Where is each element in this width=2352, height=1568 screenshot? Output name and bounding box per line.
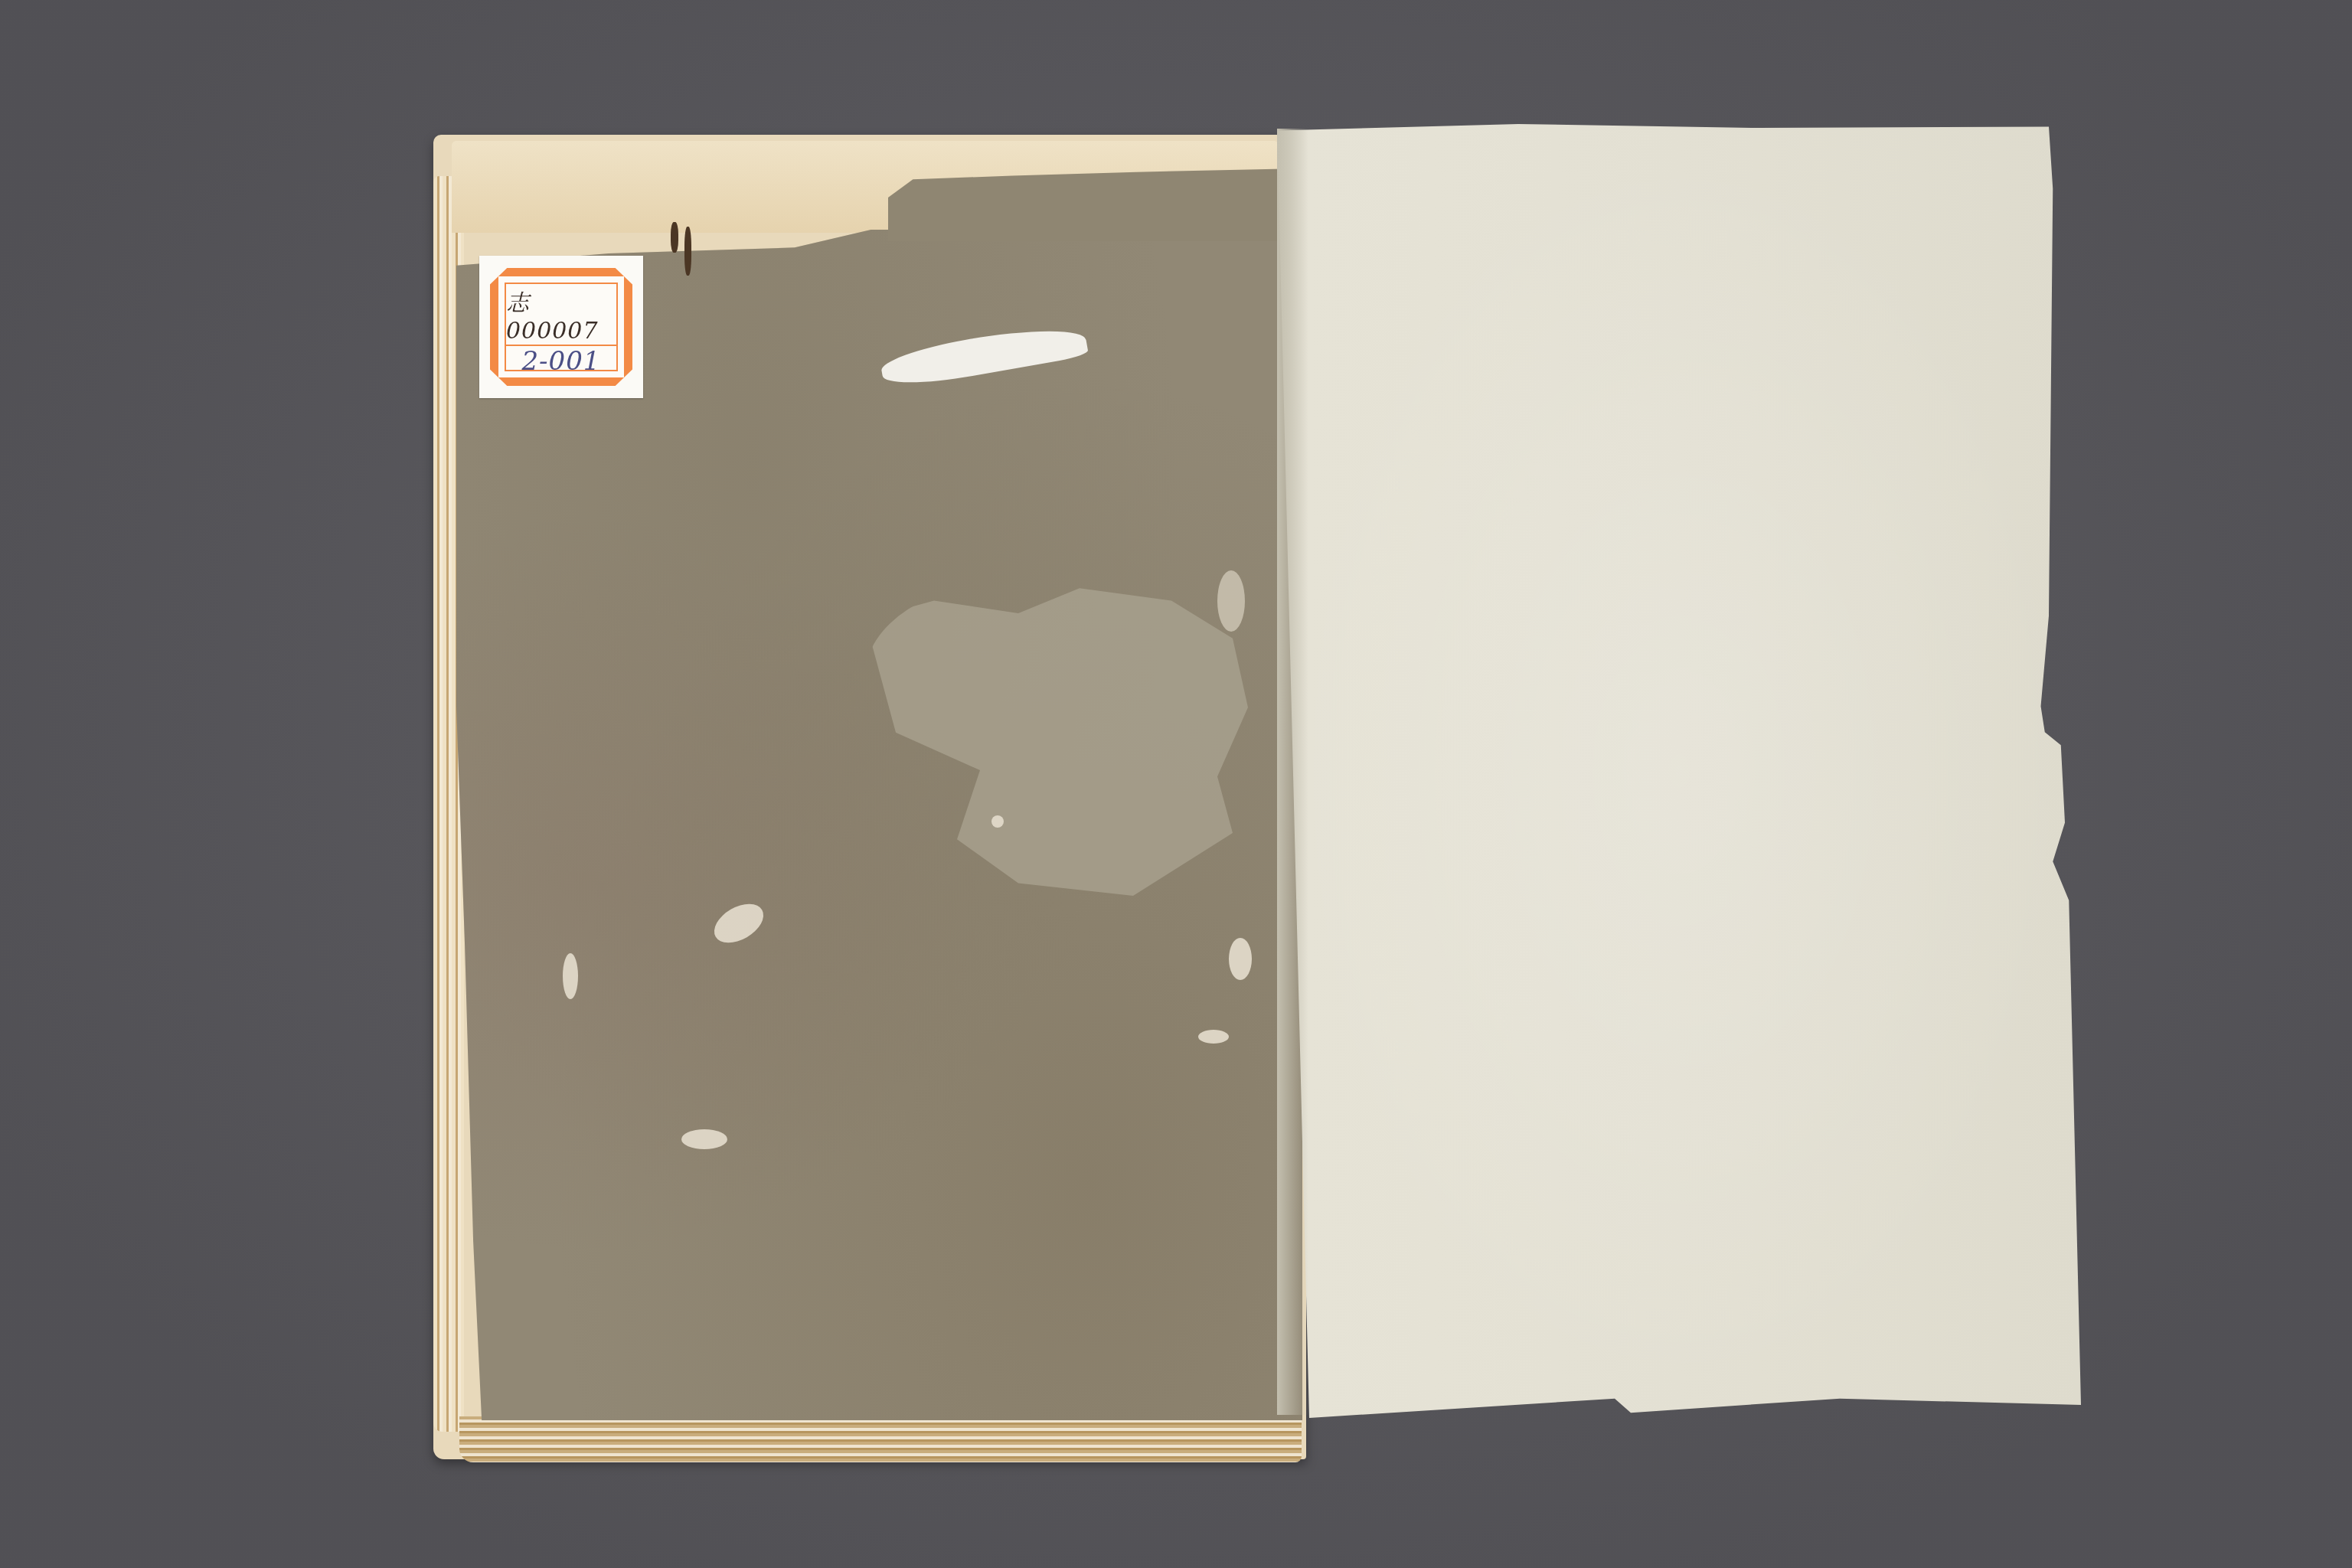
catalog-label: 志000007 2-001	[479, 256, 643, 398]
label-volume-number: 2-001	[506, 346, 616, 377]
cover-damage-spot	[1198, 1030, 1229, 1044]
cover-damage-spot	[563, 953, 578, 999]
interleaf-sheet	[1277, 124, 2081, 1418]
ink-mark	[684, 227, 691, 276]
cover-damage-spot	[1229, 938, 1252, 980]
sheet-fold-shadow	[1277, 129, 1308, 1415]
cover-damage-spot	[681, 1129, 727, 1149]
label-orange-frame: 志000007 2-001	[490, 268, 632, 386]
label-inner-border: 志000007 2-001	[505, 283, 618, 371]
ink-mark	[671, 222, 678, 253]
book-bottom-edge	[459, 1416, 1302, 1462]
label-catalog-number: 志000007	[506, 284, 616, 346]
cover-damage-spot	[991, 815, 1004, 828]
cover-damage-spot	[1217, 570, 1245, 632]
cover-torn-top	[888, 168, 1302, 241]
